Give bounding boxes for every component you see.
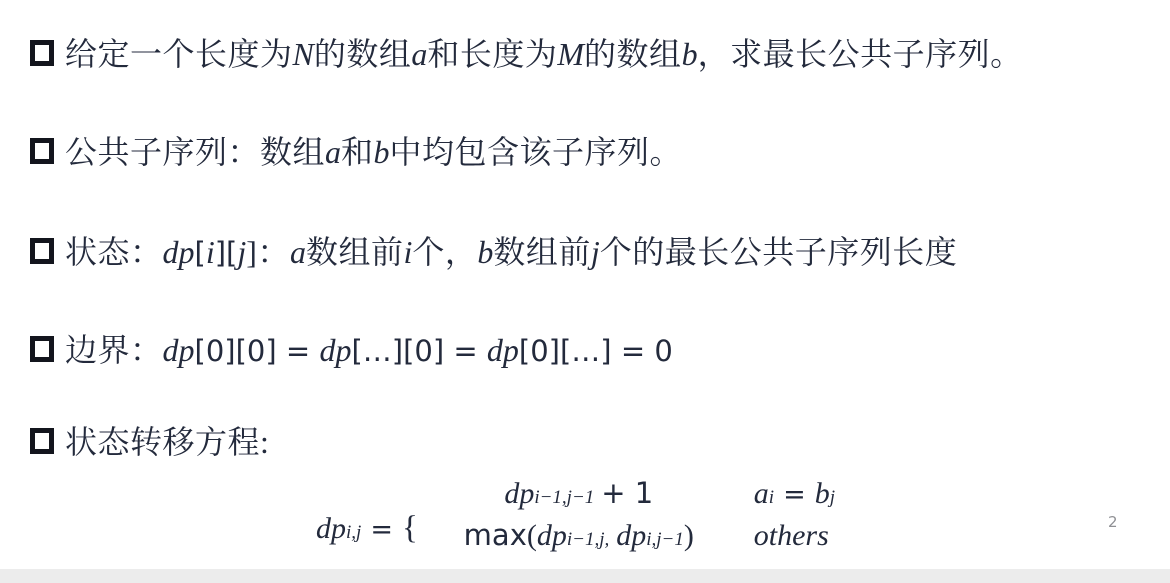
equation-lhs: dpi,j={ [316,507,418,554]
case-brace: { [402,507,418,549]
bullet-text: 公共子序列：数组a和b中均包含该子序列。 [65,131,682,173]
footer-bar [0,569,1170,583]
bullet-item-problem: 给定一个长度为N的数组a和长度为M的数组b，求最长公共子序列。 [30,33,1023,75]
equation-case-match: dpi−1,j−1+ 1 ai=bj [418,472,884,514]
dp-transition-equation: dpi,j={ dpi−1,j−1+ 1 ai=bj max(dpi−1,j,d… [316,472,884,556]
equation-cases: dpi−1,j−1+ 1 ai=bj max(dpi−1,j,dpi,j−1) … [418,472,884,556]
bullet-item-definition: 公共子序列：数组a和b中均包含该子序列。 [30,131,682,173]
square-bullet-icon [30,238,54,264]
square-bullet-icon [30,138,54,164]
bullet-item-transition: 状态转移方程: [30,421,269,463]
bullet-item-state: 状态：dp[i][j]：a数组前i个，b数组前j个的最长公共子序列长度 [30,231,957,274]
bullet-item-boundary: 边界：dp[0][0] = dp[…][0] = dp[0][…] = 0 [30,329,673,372]
bullet-text: 状态转移方程: [65,421,269,463]
page-number: 2 [1108,513,1118,531]
bullet-text: 边界：dp[0][0] = dp[…][0] = dp[0][…] = 0 [65,329,673,372]
lcs-dp-slide: 给定一个长度为N的数组a和长度为M的数组b，求最长公共子序列。 公共子序列：数组… [0,0,1170,583]
bullet-text: 给定一个长度为N的数组a和长度为M的数组b，求最长公共子序列。 [65,33,1023,75]
equation-case-others: max(dpi−1,j,dpi,j−1) others [418,514,884,556]
bullet-text: 状态：dp[i][j]：a数组前i个，b数组前j个的最长公共子序列长度 [65,231,957,274]
square-bullet-icon [30,336,54,362]
square-bullet-icon [30,40,54,66]
square-bullet-icon [30,428,54,454]
